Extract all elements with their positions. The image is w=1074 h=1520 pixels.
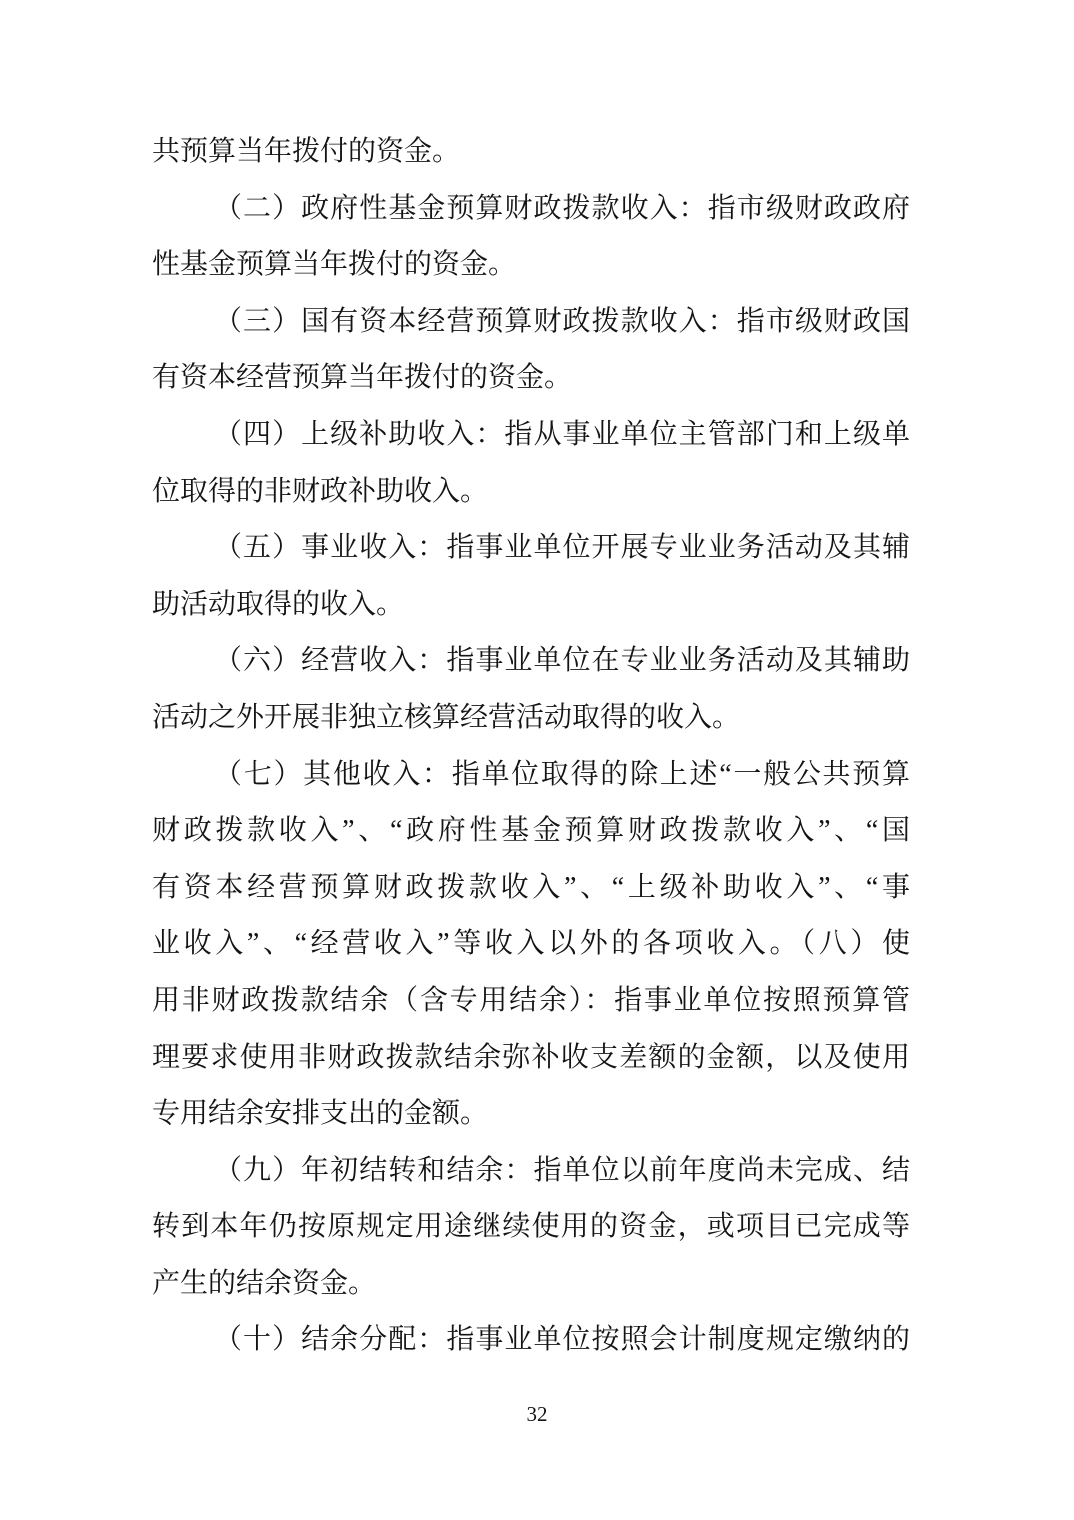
page-number: 32 (0, 1402, 1074, 1427)
text-line: 共预算当年拨付的资金。 (152, 124, 910, 181)
text-line: 有资本经营预算财政拨款收入”、“上级补助收入”、“事 (152, 860, 910, 917)
text-line: （二）政府性基金预算财政拨款收入：指市级财政政府 (152, 181, 910, 238)
text-line: （四）上级补助收入：指从事业单位主管部门和上级单 (152, 407, 910, 464)
text-line: 转到本年仍按原规定用途继续使用的资金，或项目已完成等 (152, 1199, 910, 1256)
text-line: 助活动取得的收入。 (152, 577, 910, 634)
text-line: 业收入”、“经营收入”等收入以外的各项收入。（八）使 (152, 916, 910, 973)
text-line: 性基金预算当年拨付的资金。 (152, 237, 910, 294)
text-line: （十）结余分配：指事业单位按照会计制度规定缴纳的 (152, 1312, 910, 1369)
text-line: （五）事业收入：指事业单位开展专业业务活动及其辅 (152, 520, 910, 577)
text-line: 产生的结余资金。 (152, 1256, 910, 1313)
text-line: （三）国有资本经营预算财政拨款收入：指市级财政国 (152, 294, 910, 351)
text-line: 财政拨款收入”、“政府性基金预算财政拨款收入”、“国 (152, 803, 910, 860)
text-line: 有资本经营预算当年拨付的资金。 (152, 350, 910, 407)
document-body: 共预算当年拨付的资金。 （二）政府性基金预算财政拨款收入：指市级财政政府 性基金… (152, 124, 910, 1369)
text-line: （九）年初结转和结余：指单位以前年度尚未完成、结 (152, 1143, 910, 1200)
text-line: 位取得的非财政补助收入。 (152, 464, 910, 521)
text-line: （六）经营收入：指事业单位在专业业务活动及其辅助 (152, 633, 910, 690)
text-line: 用非财政拨款结余（含专用结余）：指事业单位按照预算管 (152, 973, 910, 1030)
text-line: 专用结余安排支出的金额。 (152, 1086, 910, 1143)
text-line: 活动之外开展非独立核算经营活动取得的收入。 (152, 690, 910, 747)
text-line: （七）其他收入：指单位取得的除上述“一般公共预算 (152, 747, 910, 804)
text-line: 理要求使用非财政拨款结余弥补收支差额的金额，以及使用 (152, 1030, 910, 1087)
